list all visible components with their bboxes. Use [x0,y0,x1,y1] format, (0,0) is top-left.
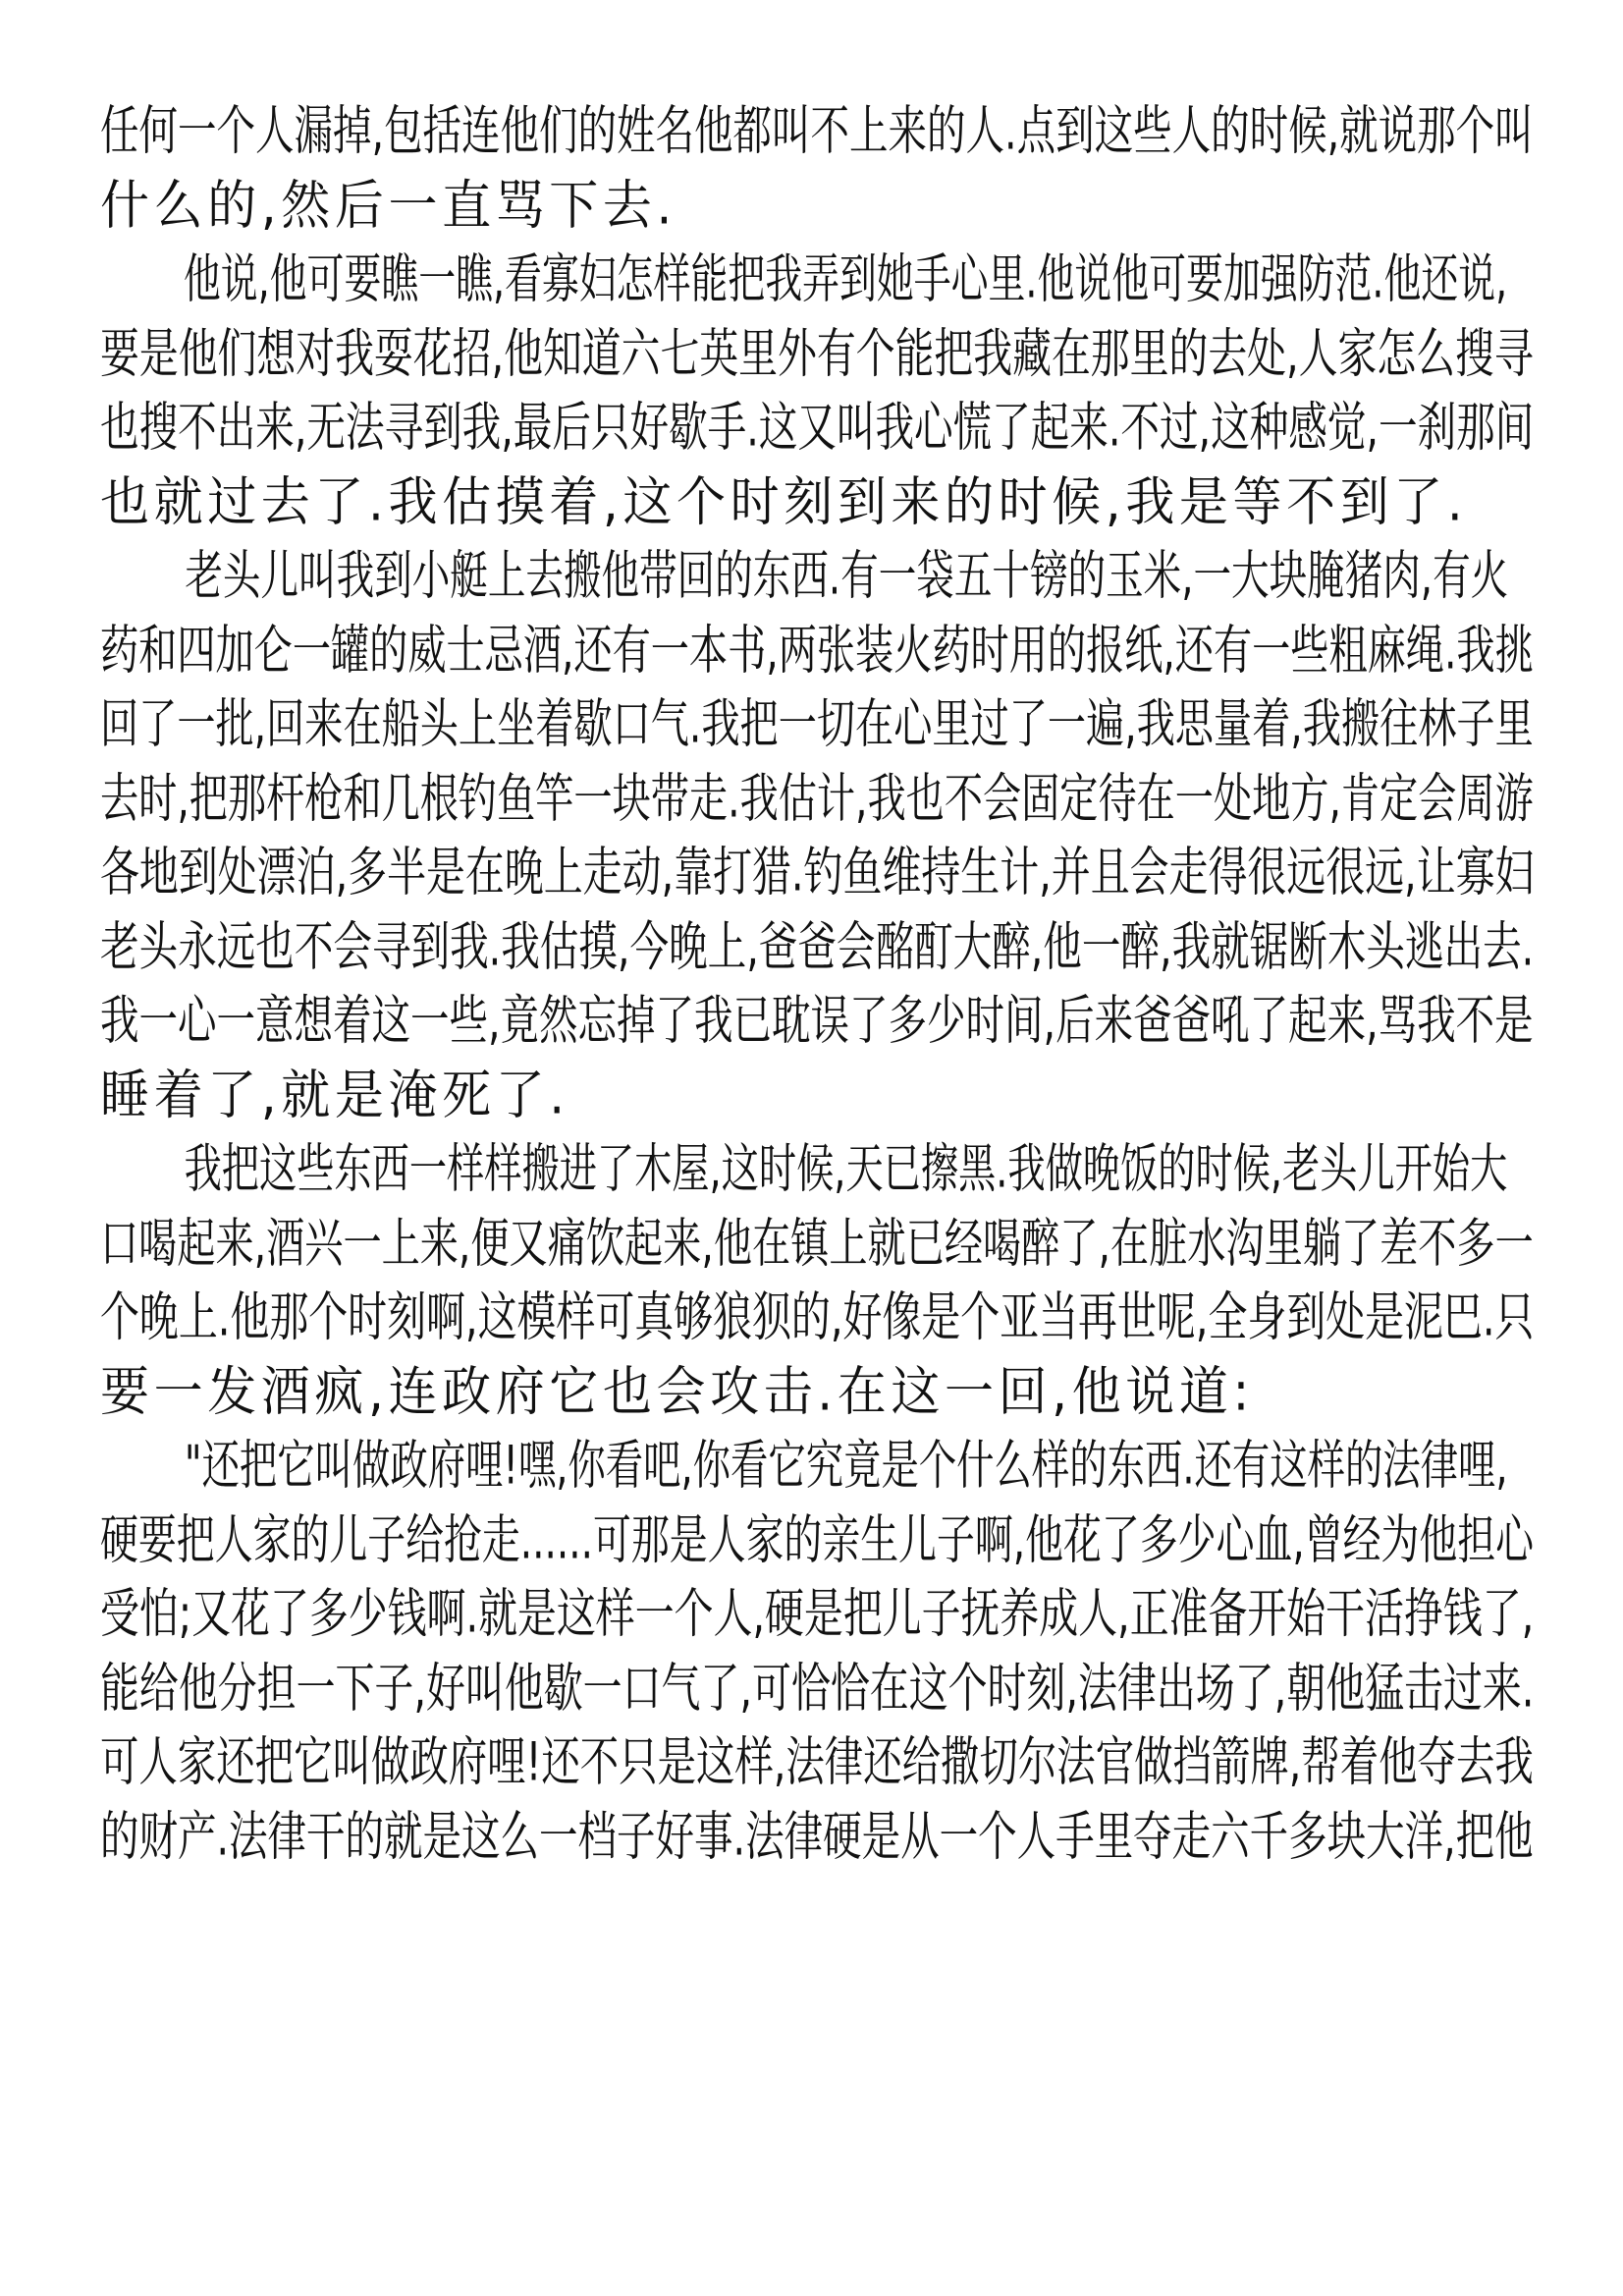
text-line: 可人家还把它叫做政府哩!还不只是这样,法律还给撒切尔法官做挡箭牌,帮着他夺去我 [100,1722,1230,1803]
text-line: 要一发酒疯,连政府它也会攻击.在这一回,他说道: [100,1351,1534,1432]
text-line: 去时,把那杆枪和几根钓鱼竿一块带走.我估计,我也不会固定待在一处地方,肯定会周游 [100,758,1223,839]
document-page: 任何一个人漏掉,包括连他们的姓名他都叫不上来的人.点到这些人的时候,就说那个叫 … [100,94,1534,1874]
text-line: 的财产.法律干的就是这么一档子好事.法律硬是从一个人手里夺走六千多块大洋,把他 [100,1796,1232,1877]
paragraph-start-line: 他说,他可要瞧一瞧,看寡妇怎样能把我弄到她手心里.他说他可要加强防范.他还说, [100,240,1186,320]
text-line: 睡着了,就是淹死了. [100,1055,1534,1135]
paragraph-start-line: 老头儿叫我到小艇上去搬他带回的东西.有一袋五十镑的玉米,一大块腌猪肉,有火 [100,536,1206,617]
text-line: 要是他们想对我耍花招,他知道六七英里外有个能把我藏在那里的去处,人家怎么搜寻 [100,313,1242,394]
text-line: 个晚上.他那个时刻啊,这模样可真够狼狈的,好像是个亚当再世呢,全身到处是泥巴.只 [100,1278,1245,1358]
text-line: 也就过去了.我估摸着,这个时刻到来的时候,我是等不到了. [100,462,1534,542]
text-line: 药和四加仑一罐的威士忌酒,还有一本书,两张装火药时用的报纸,还有一些粗麻绳.我挑 [100,610,1223,690]
text-line: 硬要把人家的儿子给抢走......可那是人家的亲生儿子啊,他花了多少心血,曾经为… [100,1500,1216,1580]
text-line: 能给他分担一下子,好叫他歇一口气了,可恰恰在这个时刻,法律出场了,朝他猛击过来. [100,1648,1245,1728]
text-line: 任何一个人漏掉,包括连他们的姓名他都叫不上来的人.点到这些人的时候,就说那个叫 [100,91,1232,172]
text-line: 受怕;又花了多少钱啊.就是这样一个人,硬是把儿子抚养成人,正准备开始干活挣钱了, [100,1574,1244,1655]
text-line: 各地到处漂泊,多半是在晚上走动,靠打猎.钓鱼维持生计,并且会走得很远很远,让寡妇 [100,833,1245,913]
paragraph-start-line: "还把它叫做政府哩!嘿,你看吧,你看它究竟是个什么样的东西.还有这样的法律哩, [100,1426,1200,1506]
text-line: 我一心一意想着这一些,竟然忘掉了我已耽误了多少时间,后来爸爸吼了起来,骂我不是 [100,981,1232,1062]
text-line: 什么的,然后一直骂下去. [100,165,1534,246]
text-line: 老头永远也不会寻到我.我估摸,今晚上,爸爸会酩酊大醉,他一醉,我就锯断木头逃出去… [100,906,1234,987]
text-line: 也搜不出来,无法寻到我,最后只好歇手.这又叫我心慌了起来.不过,这种感觉,一刹那… [100,388,1234,468]
text-line: 口喝起来,酒兴一上来,便又痛饮起来,他在镇上就已经喝醉了,在脏水沟里躺了差不多一 [100,1203,1223,1284]
text-line: 回了一批,回来在船头上坐着歇口气.我把一切在心里过了一遍,我思量着,我搬往林子里 [100,684,1223,765]
paragraph-start-line: 我把这些东西一样样搬进了木屋,这时候,天已擦黑.我做晚饭的时候,老头儿开始大 [100,1129,1196,1210]
